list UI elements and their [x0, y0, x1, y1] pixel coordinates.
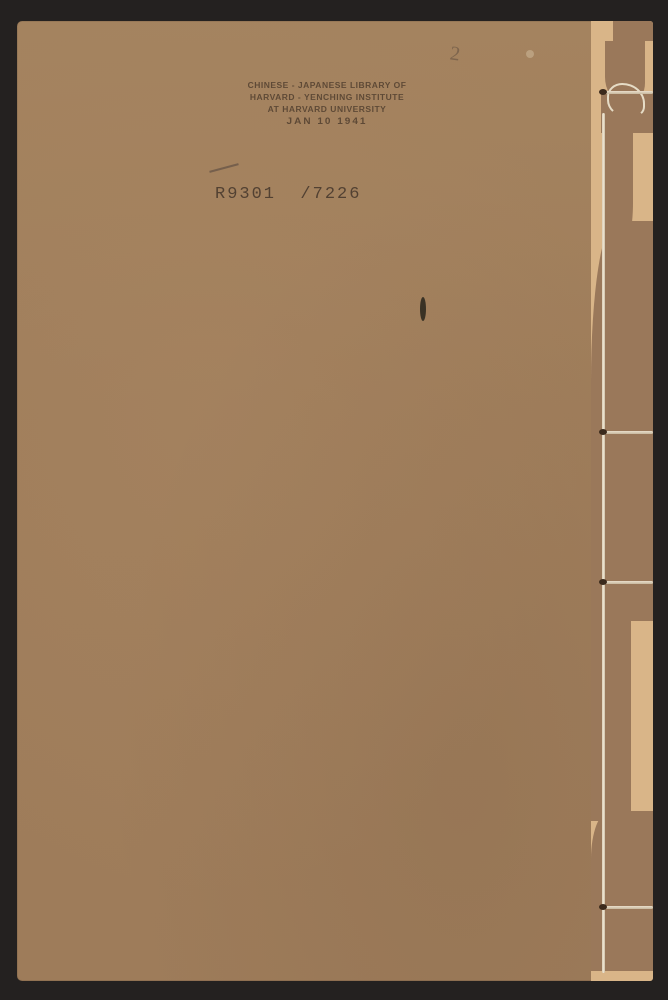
binding-thread-vertical [602, 113, 605, 973]
cover-remnant [591, 221, 653, 621]
binding-hole [599, 579, 607, 585]
stamp-line: CHINESE - JAPANESE LIBRARY OF [207, 79, 447, 90]
cover-remnant [591, 811, 653, 971]
binding-hole [599, 429, 607, 435]
cover-remnant [613, 21, 653, 41]
binding-hole [599, 904, 607, 910]
scan-background: CHINESE - JAPANESE LIBRARY OF HARVARD - … [0, 0, 668, 1000]
binding-stitch [603, 91, 653, 94]
book-cover: CHINESE - JAPANESE LIBRARY OF HARVARD - … [17, 21, 653, 981]
paper-blemish [526, 50, 534, 58]
pencil-numeral: 2 [448, 42, 461, 66]
stamp-line: HARVARD - YENCHING INSTITUTE [207, 91, 447, 102]
pencil-strike [209, 163, 238, 173]
call-number: R9301 /7226 [215, 185, 361, 204]
binding-stitch [603, 431, 653, 434]
stamp-line: AT HARVARD UNIVERSITY [207, 103, 447, 114]
cover-remnant [591, 621, 631, 821]
binding-hole [599, 89, 607, 95]
binding-stitch [603, 581, 653, 584]
binding-stitch [603, 906, 653, 909]
ink-spot [420, 297, 426, 321]
library-stamp: CHINESE - JAPANESE LIBRARY OF HARVARD - … [207, 79, 447, 128]
stamp-date: JAN 10 1941 [207, 115, 447, 127]
